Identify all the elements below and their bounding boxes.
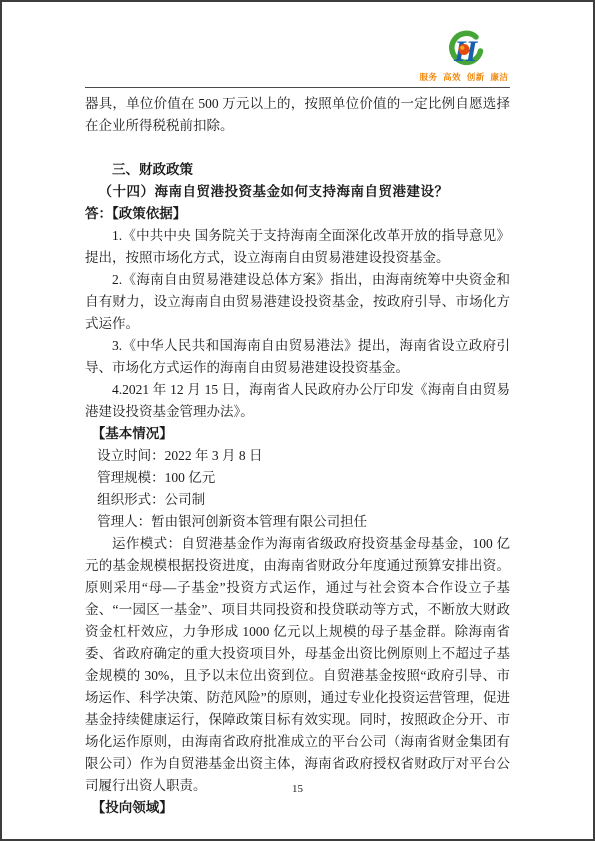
detail-fund-scale: 管理规模：100 亿元 (85, 467, 510, 489)
policy-basis-item-3: 3.《中华人民共和国海南自由贸易港法》提出，海南省设立政府引导、市场化方式运作的… (85, 335, 510, 379)
header-rule (85, 87, 510, 88)
policy-basis-item-2: 2.《海南自由贸易港建设总体方案》指出，由海南统筹中央资金和自有财力，设立海南自… (85, 269, 510, 335)
section-heading: 三、财政政策 (85, 159, 510, 181)
header-inner: H 服务 高效 创新 廉洁 (85, 30, 510, 85)
logo-block: H 服务 高效 创新 廉洁 (418, 30, 510, 83)
detail-manager: 管理人：暂由银河创新资本管理有限公司担任 (85, 511, 510, 533)
page-header: H 服务 高效 创新 廉洁 (2, 2, 593, 88)
operation-mode-paragraph: 运作模式：自贸港基金作为海南省级政府投资基金母基金，100 亿元的基金规模根据投… (85, 533, 510, 797)
hainan-ftp-logo-icon: H (444, 30, 484, 70)
page-number: 15 (2, 783, 593, 795)
policy-basis-item-1: 1.《中共中央 国务院关于支持海南全面深化改革开放的指导意见》提出，按照市场化方… (85, 225, 510, 269)
answer-heading: 答：【政策依据】 (85, 203, 510, 225)
document-body: 器具，单位价值在 500 万元以上的，按照单位价值的一定比例自愿选择在企业所得税… (85, 93, 510, 819)
paragraph-continuation: 器具，单位价值在 500 万元以上的，按照单位价值的一定比例自愿选择在企业所得税… (85, 93, 510, 137)
document-page: H 服务 高效 创新 廉洁 器具，单位价值在 500 万元以上的，按照单位价值的… (0, 0, 595, 841)
investment-field-heading: 【投向领域】 (85, 797, 510, 819)
header-tagline: 服务 高效 创新 廉洁 (420, 71, 509, 83)
detail-establish-date: 设立时间：2022 年 3 月 8 日 (85, 445, 510, 467)
policy-basis-item-4: 4.2021 年 12 月 15 日，海南省人民政府办公厅印发《海南自由贸易港建… (85, 379, 510, 423)
basic-info-heading: 【基本情况】 (85, 423, 510, 445)
detail-org-form: 组织形式：公司制 (85, 489, 510, 511)
question-heading: （十四）海南自贸港投资基金如何支持海南自贸港建设？ (85, 181, 510, 203)
